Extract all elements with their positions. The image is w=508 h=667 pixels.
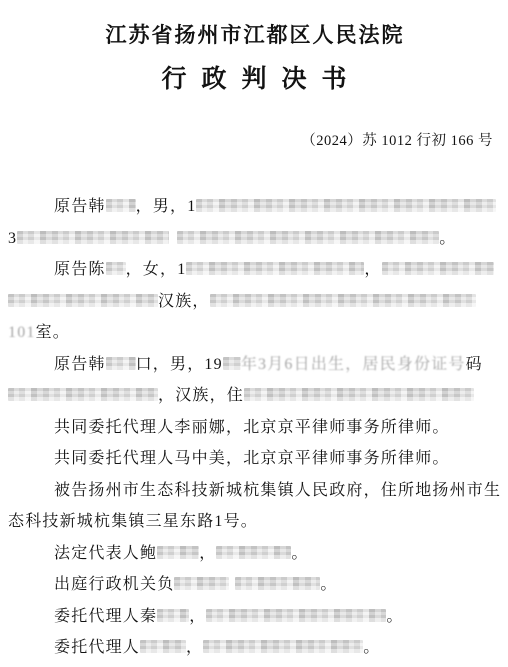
body-text: ，女，1 [126,261,187,278]
body-text: ， [199,545,216,562]
body-text: 汉族， [158,293,210,310]
document-header: 江苏省扬州市江都区人民法院 行政判决书 [0,0,508,95]
body-line: 原告韩，男，1 [8,191,500,223]
body-text: 委托代理人 [54,639,140,656]
redaction-block [235,577,320,590]
redaction-block [382,262,494,275]
body-line: 3。 [8,223,500,255]
redaction-block [196,199,496,212]
document-title: 行政判决书 [0,65,508,95]
body-text: ， [189,608,206,625]
redaction-block [174,577,229,590]
body-line: 原告陈，女，1， [8,254,500,286]
body-line: ，汉族，住 [8,380,500,412]
redaction-block [203,640,363,653]
body-text: 3 [8,230,17,247]
body-text: 共同委托代理人李丽娜，北京京平律师事务所律师。 [54,419,450,436]
body-text: 室。 [36,324,70,341]
body-line: 汉族， [8,286,500,318]
body-line: 态科技新城杭集镇三星东路1号。 [8,506,500,538]
redaction-block [244,388,474,401]
redaction-block [186,262,364,275]
judgment-document-page: 江苏省扬州市江都区人民法院 行政判决书 （2024）苏 1012 行初 166 … [0,0,508,667]
document-body: 原告韩，男，13。原告陈，女，1，汉族，101室。原告韩口，男，19年3月6日出… [0,191,508,664]
body-line: 委托代理人，。 [8,632,500,664]
body-text: 码 [466,356,483,373]
body-text: 口，男，19 [136,356,223,373]
body-text: 。 [439,230,456,247]
redaction-block [140,640,186,653]
body-line: 委托代理人秦，。 [8,601,500,633]
redaction-block [106,199,136,212]
body-line: 被告扬州市生态科技新城杭集镇人民政府，住所地扬州市生 [8,475,500,507]
redaction-block [210,294,476,307]
redaction-block [106,357,136,370]
redaction-block [157,609,189,622]
body-text: ，男，1 [136,198,197,215]
body-text: 原告韩 [54,356,106,373]
body-text: 。 [291,545,308,562]
redaction-block [106,262,126,275]
body-text: 原告韩 [54,198,106,215]
body-line: 共同委托代理人马中美，北京京平律师事务所律师。 [8,443,500,475]
redaction-block [177,231,439,244]
body-text: 。 [363,639,380,656]
body-line: 原告韩口，男，19年3月6日出生，居民身份证号码 [8,349,500,381]
body-text: 共同委托代理人马中美，北京京平律师事务所律师。 [54,450,450,467]
case-number: （2024）苏 1012 行初 166 号 [0,131,508,151]
body-text: 出庭行政机关负 [54,576,174,593]
body-text: 态科技新城杭集镇三星东路1号。 [8,513,258,530]
body-text: 法定代表人鲍 [54,545,157,562]
redaction-block [206,609,386,622]
court-name: 江苏省扬州市江都区人民法院 [0,0,508,48]
body-line: 101室。 [8,317,500,349]
body-text: 。 [386,608,403,625]
body-text: ， [186,639,203,656]
redacted-ghost-text: 年3月6日出生，居民身份证号 [241,356,466,373]
body-text: 。 [320,576,337,593]
redacted-ghost-text: 101 [8,324,36,341]
redaction-block [17,231,169,244]
body-line: 法定代表人鲍，。 [8,538,500,570]
body-line: 共同委托代理人李丽娜，北京京平律师事务所律师。 [8,412,500,444]
body-text: ， [364,261,381,278]
redaction-block [223,357,241,370]
redaction-block [157,546,199,559]
redaction-block [8,294,158,307]
redaction-block [8,388,158,401]
body-text: 被告扬州市生态科技新城杭集镇人民政府，住所地扬州市生 [54,482,501,499]
body-line: 出庭行政机关负。 [8,569,500,601]
body-text: 委托代理人秦 [54,608,157,625]
body-text: ，汉族，住 [158,387,244,404]
body-text: 原告陈 [54,261,106,278]
redaction-block [216,546,291,559]
spacer [169,242,177,243]
